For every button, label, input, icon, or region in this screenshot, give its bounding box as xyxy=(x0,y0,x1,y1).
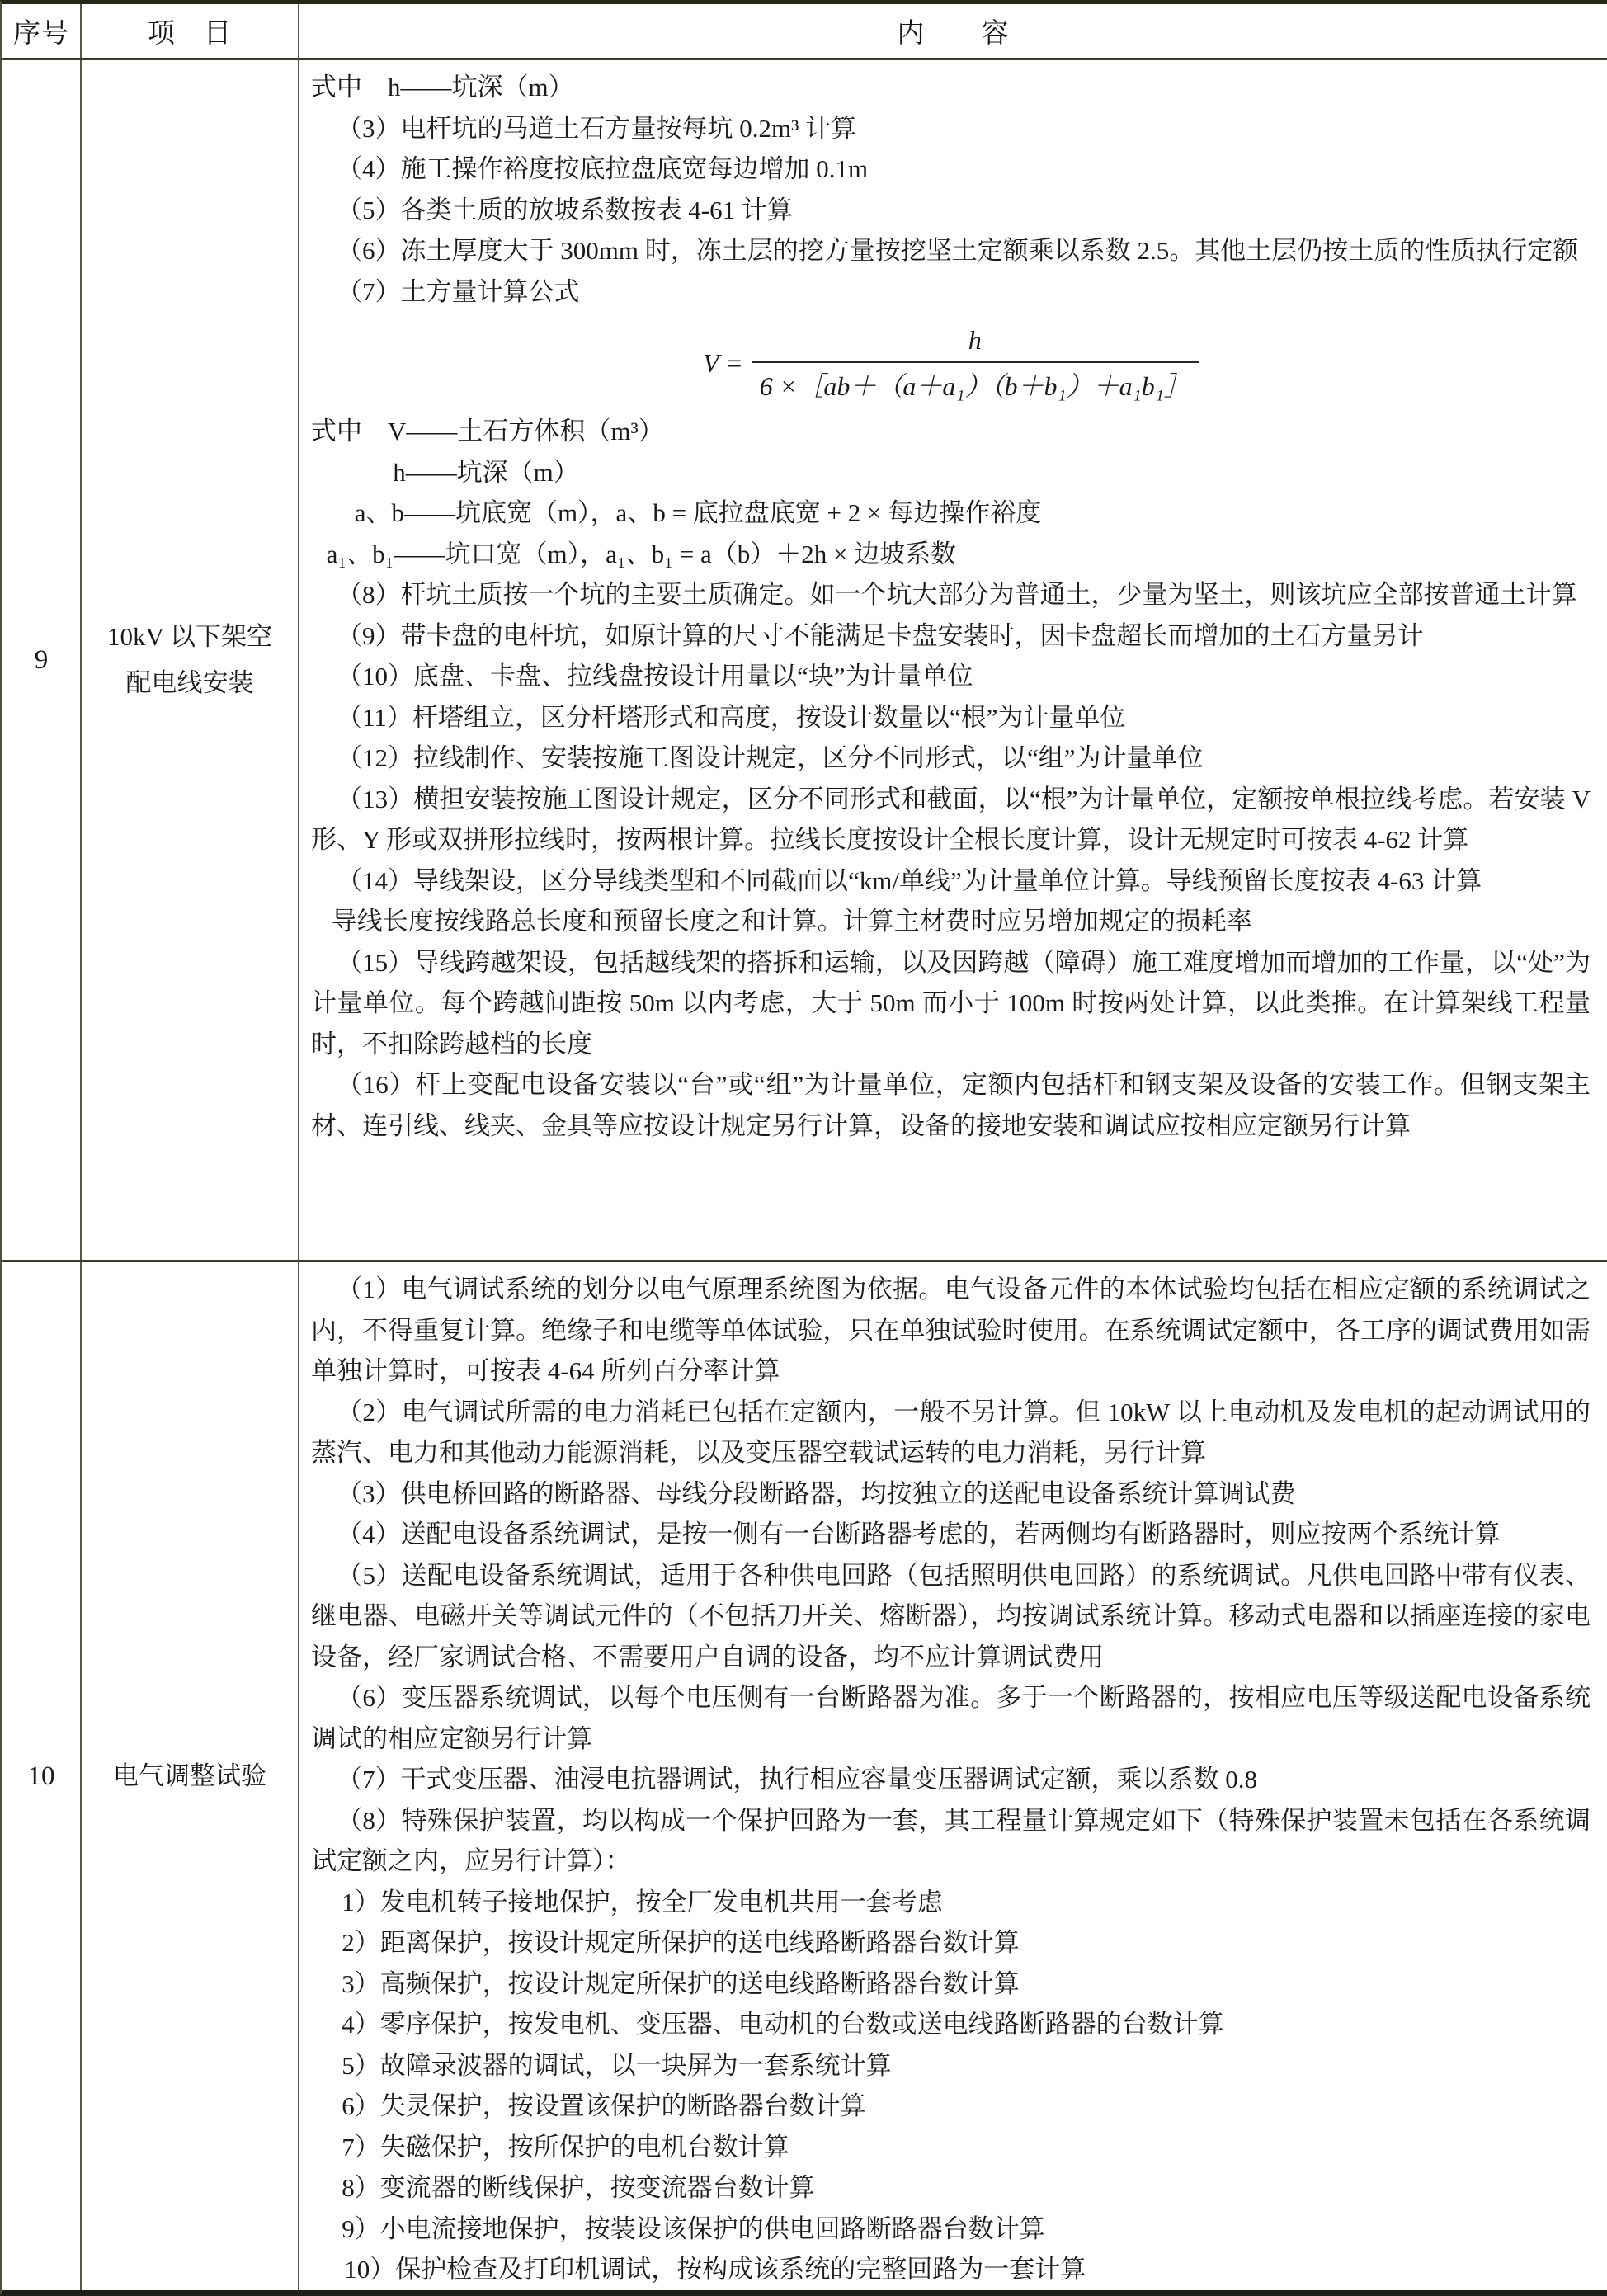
content-paragraph: （15）导线跨越架设，包括越线架的搭拆和运输，以及因跨越（障碍）施工难度增加而增… xyxy=(311,942,1591,1065)
row-9-content: 式中 h——坑深（m）（3）电杆坑的马道土石方量按每坑 0.2m³ 计算（4）施… xyxy=(299,60,1607,1260)
row-9-serial: 9 xyxy=(2,60,82,1260)
content-paragraph: 7）失磁保护，按所保护的电机台数计算 xyxy=(311,2127,1591,2168)
item-line: 10kV 以下架空 xyxy=(107,614,272,660)
spec-table: 序号 项 目 内 容 9 10kV 以下架空配电线安装 式中 h——坑深（m）（… xyxy=(0,0,1607,2296)
header-col-content: 内 容 xyxy=(299,4,1607,58)
content-paragraph: 导线长度按线路总长度和预留长度之和计算。计算主材费时应另增加规定的损耗率 xyxy=(311,901,1591,942)
content-paragraph: 9）小电流接地保护，按装设该保护的供电回路断路器台数计算 xyxy=(311,2209,1591,2250)
table-row-10: 10 电气调整试验 （1）电气调试系统的划分以电气原理系统图为依据。电气设备元件… xyxy=(2,1262,1607,2290)
content-paragraph: （11）杆塔组立，区分杆塔形式和高度，按设计数量以“根”为计量单位 xyxy=(311,697,1591,738)
formula-denominator: 6 ×［ab＋（a＋a₁）（b＋b₁）＋a₁b₁］ xyxy=(752,361,1199,403)
content-paragraph: （6）变压器系统调试，以每个电压侧有一台断路器为准。多于一个断路器的，按相应电压… xyxy=(311,1677,1591,1759)
row-10-serial: 10 xyxy=(2,1262,82,2290)
item-line: 配电线安装 xyxy=(126,660,254,706)
content-paragraph: （13）横担安装按施工图设计规定，区分不同形式和截面，以“根”为计量单位，定额按… xyxy=(311,779,1591,860)
table-header-row: 序号 项 目 内 容 xyxy=(2,4,1607,60)
content-paragraph: （1）电气调试系统的划分以电气原理系统图为依据。电气设备元件的本体试验均包括在相… xyxy=(311,1269,1591,1392)
content-paragraph: （12）拉线制作、安装按施工图设计规定，区分不同形式，以“组”为计量单位 xyxy=(311,738,1591,779)
content-paragraph: a₁、b₁——坑口宽（m），a₁、b₁ = a（b）＋2h × 边坡系数 xyxy=(311,534,1591,575)
content-paragraph: （5）各类土质的放坡系数按表 4-61 计算 xyxy=(311,190,1591,231)
row-10-item: 电气调整试验 xyxy=(82,1262,299,2290)
table-row-9: 9 10kV 以下架空配电线安装 式中 h——坑深（m）（3）电杆坑的马道土石方… xyxy=(2,60,1607,1262)
document-page: 序号 项 目 内 容 9 10kV 以下架空配电线安装 式中 h——坑深（m）（… xyxy=(0,0,1607,2296)
formula-numerator: h xyxy=(964,323,987,361)
item-line: 电气调整试验 xyxy=(113,1753,266,1799)
row-9-content-bottom: 式中 V——土石方体积（m³）h——坑深（m）a、b——坑底宽（m），a、b =… xyxy=(311,411,1591,1146)
earthwork-volume-formula: V = h 6 ×［ab＋（a＋a₁）（b＋b₁）＋a₁b₁］ xyxy=(311,323,1591,403)
content-paragraph: （9）带卡盘的电杆坑，如原计算的尺寸不能满足卡盘安装时，因卡盘超长而增加的土石方… xyxy=(311,615,1591,657)
content-paragraph: （6）冻土厚度大于 300mm 时，冻土层的挖方量按挖坚土定额乘以系数 2.5。… xyxy=(311,230,1591,271)
content-paragraph: （10）底盘、卡盘、拉线盘按设计用量以“块”为计量单位 xyxy=(311,656,1591,697)
formula-fraction: h 6 ×［ab＋（a＋a₁）（b＋b₁）＋a₁b₁］ xyxy=(752,323,1199,403)
content-paragraph: 3）高频保护，按设计规定所保护的送电线路断路器台数计算 xyxy=(311,1964,1591,2005)
content-paragraph: （14）导线架设，区分导线类型和不同截面以“km/单线”为计量单位计算。导线预留… xyxy=(311,860,1591,902)
content-paragraph: 4）零序保护，按发电机、变压器、电动机的台数或送电线路断路器的台数计算 xyxy=(311,2004,1591,2045)
row-10-content: （1）电气调试系统的划分以电气原理系统图为依据。电气设备元件的本体试验均包括在相… xyxy=(299,1262,1607,2290)
content-paragraph: h——坑深（m） xyxy=(311,452,1591,493)
content-paragraph: 10）保护检查及打印机调试，按构成该系统的完整回路为一套计算 xyxy=(311,2249,1591,2290)
content-paragraph: （3）电杆坑的马道土石方量按每坑 0.2m³ 计算 xyxy=(311,108,1591,149)
content-paragraph: （7）干式变压器、油浸电抗器调试，执行相应容量变压器调试定额，乘以系数 0.8 xyxy=(311,1759,1591,1800)
content-paragraph: （16）杆上变配电设备安装以“台”或“组”为计量单位，定额内包括杆和钢支架及设备… xyxy=(311,1064,1591,1146)
content-paragraph: 式中 V——土石方体积（m³） xyxy=(311,411,1591,452)
formula-lhs: V = xyxy=(703,347,743,380)
content-paragraph: 5）故障录波器的调试，以一块屏为一套系统计算 xyxy=(311,2045,1591,2086)
content-paragraph: （7）土方量计算公式 xyxy=(311,271,1591,313)
row-9-content-top: 式中 h——坑深（m）（3）电杆坑的马道土石方量按每坑 0.2m³ 计算（4）施… xyxy=(311,67,1591,312)
content-paragraph: a、b——坑底宽（m），a、b = 底拉盘底宽 + 2 × 每边操作裕度 xyxy=(311,493,1591,534)
row-9-item: 10kV 以下架空配电线安装 xyxy=(82,60,299,1260)
header-col-serial: 序号 xyxy=(2,4,82,58)
row-10-content-paragraphs: （1）电气调试系统的划分以电气原理系统图为依据。电气设备元件的本体试验均包括在相… xyxy=(311,1269,1591,2290)
header-col-item: 项 目 xyxy=(82,4,299,58)
content-paragraph: 1）发电机转子接地保护，按全厂发电机共用一套考虑 xyxy=(311,1882,1591,1923)
content-paragraph: （3）供电桥回路的断路器、母线分段断路器，均按独立的送配电设备系统计算调试费 xyxy=(311,1473,1591,1515)
content-paragraph: 式中 h——坑深（m） xyxy=(311,67,1591,108)
content-paragraph: （5）送配电设备系统调试，适用于各种供电回路（包括照明供电回路）的系统调试。凡供… xyxy=(311,1555,1591,1678)
content-paragraph: （2）电气调试所需的电力消耗已包括在定额内，一般不另计算。但 10kW 以上电动… xyxy=(311,1392,1591,1473)
content-paragraph: （8）杆坑土质按一个坑的主要土质确定。如一个坑大部分为普通土，少量为坚土，则该坑… xyxy=(311,574,1591,615)
content-paragraph: （8）特殊保护装置，均以构成一个保护回路为一套，其工程量计算规定如下（特殊保护装… xyxy=(311,1800,1591,1882)
content-paragraph: 2）距离保护，按设计规定所保护的送电线路断路器台数计算 xyxy=(311,1922,1591,1964)
content-paragraph: 8）变流器的断线保护，按变流器台数计算 xyxy=(311,2167,1591,2209)
content-paragraph: 6）失灵保护，按设置该保护的断路器台数计算 xyxy=(311,2086,1591,2127)
content-paragraph: （4）施工操作裕度按底拉盘底宽每边增加 0.1m xyxy=(311,149,1591,190)
content-paragraph: （4）送配电设备系统调试，是按一侧有一台断路器考虑的，若两侧均有断路器时，则应按… xyxy=(311,1514,1591,1555)
